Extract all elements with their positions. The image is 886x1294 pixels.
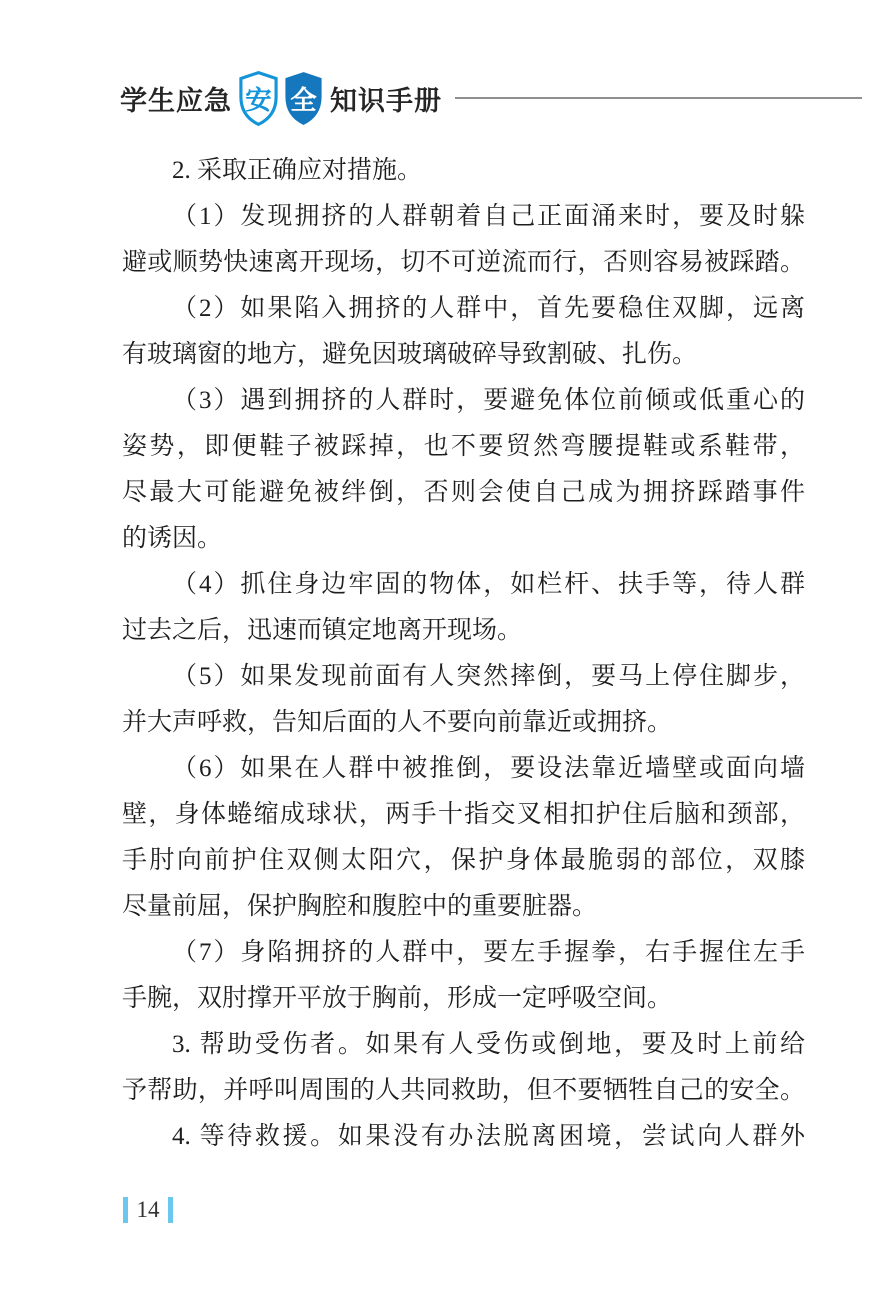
body-line: 壁，身体蜷缩成球状，两手十指交叉相扣护住后脑和颈部， [122,792,805,838]
body-line: 过去之后，迅速而镇定地离开现场。 [122,608,805,654]
body-line: （5）如果发现前面有人突然摔倒，要马上停住脚步， [122,654,805,700]
shield-quan-icon: 全 [282,70,325,127]
page-footer: 14 [123,1197,173,1223]
body-line: （4）抓住身边牢固的物体，如栏杆、扶手等，待人群 [122,562,805,608]
page-number: 14 [128,1197,168,1223]
page-header: 学生应急 安 全 知识手册 [120,69,862,127]
handbook-page: 学生应急 安 全 知识手册 2. 采取正确应对措施。（1）发现拥挤的人群朝着自己… [0,0,886,1294]
body-line: 并大声呼救，告知后面的人不要向前靠近或拥挤。 [122,700,805,746]
footer-bar-right-icon [168,1197,173,1223]
body-line: （3）遇到拥挤的人群时，要避免体位前倾或低重心的 [122,378,805,424]
body-line: （6）如果在人群中被推倒，要设法靠近墙壁或面向墙 [122,746,805,792]
body-line: （1）发现拥挤的人群朝着自己正面涌来时，要及时躲 [122,194,805,240]
shield-an-icon: 安 [237,70,280,127]
body-line: 3. 帮助受伤者。如果有人受伤或倒地，要及时上前给 [122,1022,805,1068]
body-line: 尽最大可能避免被绊倒，否则会使自己成为拥挤踩踏事件 [122,470,805,516]
header-title-right: 知识手册 [330,79,442,118]
body-line: 手腕，双肘撑开平放于胸前，形成一定呼吸空间。 [122,976,805,1022]
shield-quan-label: 全 [290,84,317,114]
header-rule [455,97,862,99]
body-line: 2. 采取正确应对措施。 [122,148,805,194]
body-line: 的诱因。 [122,516,805,562]
shield-an-label: 安 [245,84,272,114]
body-line: 避或顺势快速离开现场，切不可逆流而行，否则容易被踩踏。 [122,240,805,286]
header-title-left: 学生应急 [120,79,232,118]
body-line: 予帮助，并呼叫周围的人共同救助，但不要牺牲自己的安全。 [122,1068,805,1114]
body-line: （2）如果陷入拥挤的人群中，首先要稳住双脚，远离 [122,286,805,332]
body-line: 尽量前屈，保护胸腔和腹腔中的重要脏器。 [122,884,805,930]
body-line: 姿势，即便鞋子被踩掉，也不要贸然弯腰提鞋或系鞋带， [122,424,805,470]
body-line: （7）身陷拥挤的人群中，要左手握拳，右手握住左手 [122,930,805,976]
body-text: 2. 采取正确应对措施。（1）发现拥挤的人群朝着自己正面涌来时，要及时躲避或顺势… [122,148,805,1160]
body-line: 有玻璃窗的地方，避免因玻璃破碎导致割破、扎伤。 [122,332,805,378]
body-line: 手肘向前护住双侧太阳穴，保护身体最脆弱的部位，双膝 [122,838,805,884]
body-line: 4. 等待救援。如果没有办法脱离困境，尝试向人群外 [122,1114,805,1160]
